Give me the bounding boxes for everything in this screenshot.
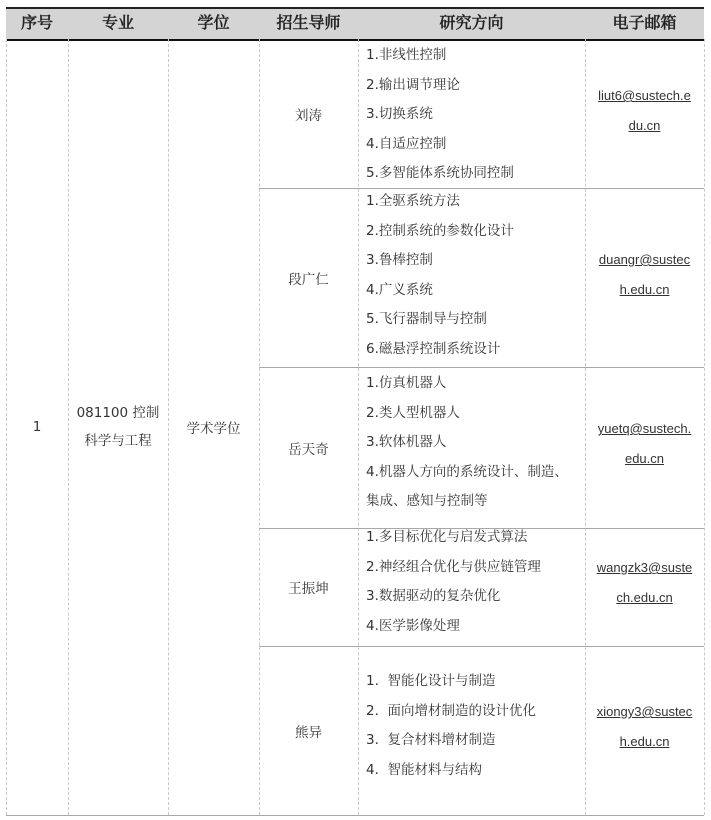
direction-item: 5.多智能体系统协同控制 <box>366 159 514 189</box>
direction-item: 4. 智能材料与结构 <box>366 756 536 786</box>
email-link-line-2[interactable]: ch.edu.cn <box>616 583 672 613</box>
email-cell[interactable]: yuetq@sustech. edu.cn <box>585 414 704 474</box>
major-line-1: 081100 控制 <box>77 399 160 427</box>
email-link-line-1[interactable]: liut6@sustech.e <box>598 81 691 111</box>
direction-item: 4.医学影像处理 <box>366 612 541 642</box>
research-directions: 1. 智能化设计与制造 2. 面向增材制造的设计优化 3. 复合材料增材制造 4… <box>366 667 536 785</box>
direction-item: 1.多目标优化与启发式算法 <box>366 523 541 553</box>
email-cell[interactable]: wangzk3@suste ch.edu.cn <box>585 553 704 613</box>
email-link-line-1[interactable]: duangr@sustec <box>599 245 690 275</box>
direction-item: 6.磁悬浮控制系统设计 <box>366 335 514 365</box>
direction-item: 3.软体机器人 <box>366 428 568 458</box>
table-bottom-border <box>6 815 704 816</box>
direction-item: 5.飞行器制导与控制 <box>366 305 514 335</box>
degree-value: 学术学位 <box>187 417 241 437</box>
email-cell[interactable]: liut6@sustech.e du.cn <box>585 81 704 141</box>
research-directions: 1.仿真机器人 2.类人型机器人 3.软体机器人 4.机器人方向的系统设计、制造… <box>366 369 568 517</box>
email-link-line-1[interactable]: wangzk3@suste <box>597 553 693 583</box>
header-index: 序号 <box>6 9 68 39</box>
email-link-line-2[interactable]: h.edu.cn <box>620 727 670 757</box>
index-cell: 1 <box>6 39 68 815</box>
direction-item: 4.自适应控制 <box>366 130 514 160</box>
header-major: 专业 <box>68 9 168 39</box>
direction-item: 集成、感知与控制等 <box>366 487 568 517</box>
advisor-name-cell: 熊异 <box>259 646 358 815</box>
advisor-name: 熊异 <box>295 721 322 741</box>
direction-item: 3.鲁棒控制 <box>366 246 514 276</box>
direction-item: 3. 复合材料增材制造 <box>366 726 536 756</box>
grid-line <box>704 39 705 815</box>
advisor-name: 段广仁 <box>288 268 329 288</box>
email-link-line-2[interactable]: h.edu.cn <box>620 275 670 305</box>
header-advisor: 招生导师 <box>259 9 358 39</box>
direction-item: 1.非线性控制 <box>366 41 514 71</box>
advisor-name-cell: 刘涛 <box>259 39 358 188</box>
direction-item: 2.神经组合优化与供应链管理 <box>366 553 541 583</box>
header-degree: 学位 <box>168 9 259 39</box>
header-email: 电子邮箱 <box>585 9 704 39</box>
email-link-line-2[interactable]: edu.cn <box>625 444 664 474</box>
email-cell[interactable]: duangr@sustec h.edu.cn <box>585 245 704 305</box>
direction-item: 4.广义系统 <box>366 276 514 306</box>
email-link-line-2[interactable]: du.cn <box>629 111 661 141</box>
header-research: 研究方向 <box>358 9 585 39</box>
advisor-name-cell: 岳天奇 <box>259 367 358 528</box>
advisor-name: 刘涛 <box>295 104 322 124</box>
advisor-name: 岳天奇 <box>288 438 329 458</box>
direction-item: 2. 面向增材制造的设计优化 <box>366 697 536 727</box>
research-directions: 1.多目标优化与启发式算法 2.神经组合优化与供应链管理 3.数据驱动的复杂优化… <box>366 523 541 641</box>
advisor-name: 王振坤 <box>288 577 329 597</box>
grid-line <box>358 39 359 815</box>
table-header: 序号 专业 学位 招生导师 研究方向 电子邮箱 <box>6 7 704 41</box>
direction-item: 1. 智能化设计与制造 <box>366 667 536 697</box>
major-cell: 081100 控制 科学与工程 <box>68 39 168 815</box>
direction-item: 1.仿真机器人 <box>366 369 568 399</box>
direction-item: 4.机器人方向的系统设计、制造、 <box>366 458 568 488</box>
direction-item: 1.全驱系统方法 <box>366 187 514 217</box>
degree-cell: 学术学位 <box>168 39 259 815</box>
research-directions: 1.非线性控制 2.输出调节理论 3.切换系统 4.自适应控制 5.多智能体系统… <box>366 41 514 189</box>
direction-item: 2.输出调节理论 <box>366 71 514 101</box>
advisor-name-cell: 段广仁 <box>259 188 358 367</box>
direction-item: 2.类人型机器人 <box>366 399 568 429</box>
direction-item: 2.控制系统的参数化设计 <box>366 217 514 247</box>
research-directions: 1.全驱系统方法 2.控制系统的参数化设计 3.鲁棒控制 4.广义系统 5.飞行… <box>366 187 514 364</box>
email-link-line-1[interactable]: yuetq@sustech. <box>598 414 691 444</box>
major-line-2: 科学与工程 <box>84 427 152 455</box>
advisor-name-cell: 王振坤 <box>259 528 358 646</box>
direction-item: 3.数据驱动的复杂优化 <box>366 582 541 612</box>
direction-item: 3.切换系统 <box>366 100 514 130</box>
index-value: 1 <box>33 419 42 435</box>
email-link-line-1[interactable]: xiongy3@sustec <box>597 697 693 727</box>
email-cell[interactable]: xiongy3@sustec h.edu.cn <box>585 697 704 757</box>
